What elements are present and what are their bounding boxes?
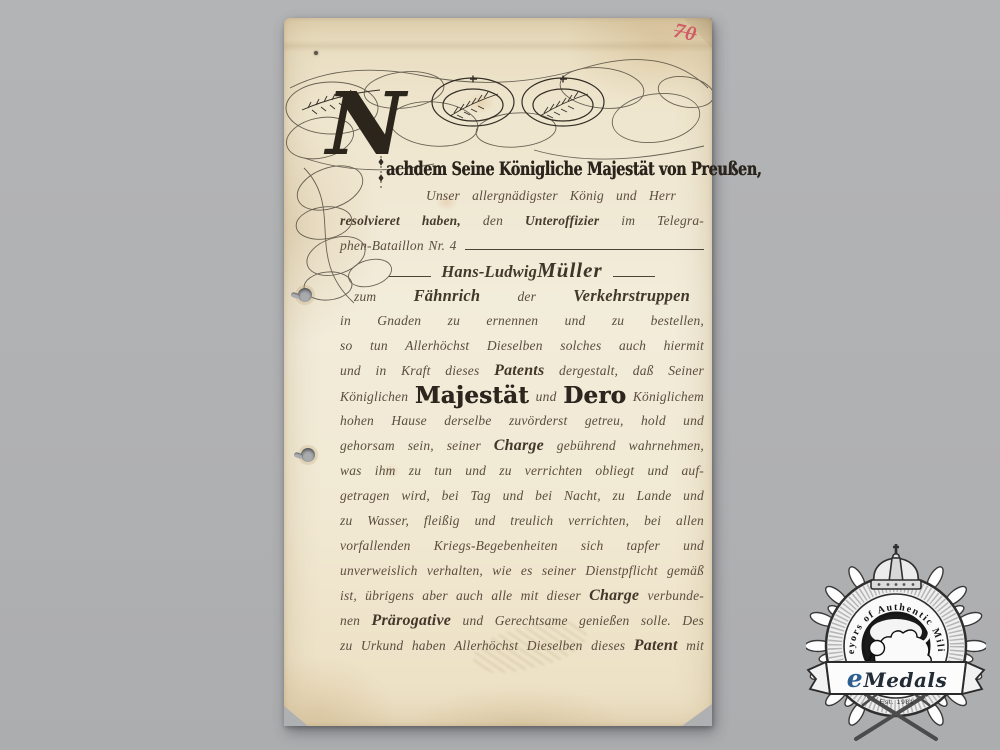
text-segment: mit xyxy=(678,638,704,653)
document-title-blackletter: achdem Seine Königliche Majestät von Pre… xyxy=(386,158,761,180)
text-segment: dergestalt, daß Seiner xyxy=(544,363,704,378)
document-line: gehorsam sein, seiner Charge gebührend w… xyxy=(340,433,704,458)
document-lines: Unser allergnädigster König und Herrreso… xyxy=(340,183,704,658)
document-line: hohen Hause derselbe zuvörderst getreu, … xyxy=(340,408,704,433)
text-segment: Unser allergnädigster König und Herr xyxy=(426,188,676,203)
brand-wordmark: eMedals xyxy=(847,664,948,693)
text-segment: was ihm zu tun und zu verrichten obliegt… xyxy=(340,463,704,478)
text-segment: resolvieret haben, xyxy=(340,213,461,228)
text-segment: Charge xyxy=(589,587,639,604)
text-segment: in Gnaden zu ernennen und zu bestellen, xyxy=(340,313,704,328)
emedals-watermark-logo: Purveyors of Authentic Militaria xyxy=(806,540,986,748)
text-segment: Hans-Ludwig xyxy=(441,259,537,284)
text-segment: der xyxy=(480,289,573,304)
text-segment: nen xyxy=(340,613,372,628)
document-line: getragen wird, bei Tag und bei Nacht, zu… xyxy=(340,483,704,508)
fill-in-rule xyxy=(389,263,431,278)
text-segment: Unteroffizier xyxy=(525,213,599,228)
cartouche-ovals xyxy=(432,78,604,126)
text-segment: hohen Hause derselbe zuvörderst getreu, … xyxy=(340,413,704,428)
text-segment: Patents xyxy=(494,362,544,379)
document-line: in Gnaden zu ernennen und zu bestellen, xyxy=(340,308,704,333)
document-line: resolvieret haben, den Unteroffizier im … xyxy=(340,208,704,233)
text-segment: ist, übrigens aber auch alle mit dieser xyxy=(340,588,589,603)
text-segment: im Telegra- xyxy=(599,213,704,228)
text-segment: Patent xyxy=(634,637,678,654)
text-segment: Charge xyxy=(494,437,544,454)
established-text: Est. 1981 xyxy=(880,699,915,706)
text-segment: gebührend wahrnehmen, xyxy=(544,438,704,453)
document-line: zu Wasser, fleißig und treulich verricht… xyxy=(340,508,704,533)
document-line: ist, übrigens aber auch alle mit dieser … xyxy=(340,583,704,608)
text-segment: phen-Bataillon Nr. 4 xyxy=(340,233,457,258)
text-segment: den xyxy=(461,213,525,228)
brand-banner-ribbon: eMedals xyxy=(808,662,984,694)
text-segment: und in Kraft dieses xyxy=(340,363,494,378)
illuminated-initial: N xyxy=(326,82,405,168)
text-segment: unverweislich verhalten, wie es seiner D… xyxy=(340,563,704,578)
fill-in-rule xyxy=(465,236,704,251)
text-segment: zu Wasser, fleißig und treulich verricht… xyxy=(340,513,704,528)
fill-in-rule xyxy=(613,263,655,278)
text-segment: vorfallenden Kriegs-Begebenheiten sich t… xyxy=(340,538,704,553)
text-segment: Verkehrstruppen xyxy=(573,286,690,305)
pin-hole xyxy=(314,51,318,55)
document-line: und in Kraft dieses Patents dergestalt, … xyxy=(340,358,704,383)
text-segment: gehorsam sein, seiner xyxy=(340,438,494,453)
text-segment: Dero xyxy=(563,382,626,409)
punch-hole xyxy=(298,288,312,302)
punch-hole xyxy=(301,448,315,462)
document-line: Unser allergnädigster König und Herr xyxy=(340,183,704,208)
document-line: unverweislich verhalten, wie es seiner D… xyxy=(340,558,704,583)
text-segment: zum xyxy=(354,289,414,304)
document-line: vorfallenden Kriegs-Begebenheiten sich t… xyxy=(340,533,704,558)
document-paper: N achdem Seine Königliche Majestät von P… xyxy=(284,18,712,726)
text-segment: getragen wird, bei Tag und bei Nacht, zu… xyxy=(340,488,704,503)
text-segment: so tun Allerhöchst Dieselben solches auc… xyxy=(340,338,704,353)
text-segment: Prärogative xyxy=(372,612,452,629)
crown-icon xyxy=(871,544,921,589)
document-line: so tun Allerhöchst Dieselben solches auc… xyxy=(340,333,704,358)
document-line: zum Fähnrich der Verkehrstruppen xyxy=(340,283,704,308)
document-line: Königlichen Majestät und Dero Königliche… xyxy=(340,383,704,408)
document-line: phen-Bataillon Nr. 4 xyxy=(340,233,704,258)
text-segment: Königlichem xyxy=(626,389,704,404)
text-segment: Fähnrich xyxy=(414,286,481,305)
text-segment: Königlichen xyxy=(340,389,415,404)
text-segment: Majestät xyxy=(415,382,529,409)
text-segment: und xyxy=(529,389,563,404)
document-line: was ihm zu tun und zu verrichten obliegt… xyxy=(340,458,704,483)
document-line: Hans-Ludwig Müller xyxy=(340,258,704,283)
text-segment: verbunde- xyxy=(639,588,704,603)
text-segment: Müller xyxy=(537,258,603,283)
